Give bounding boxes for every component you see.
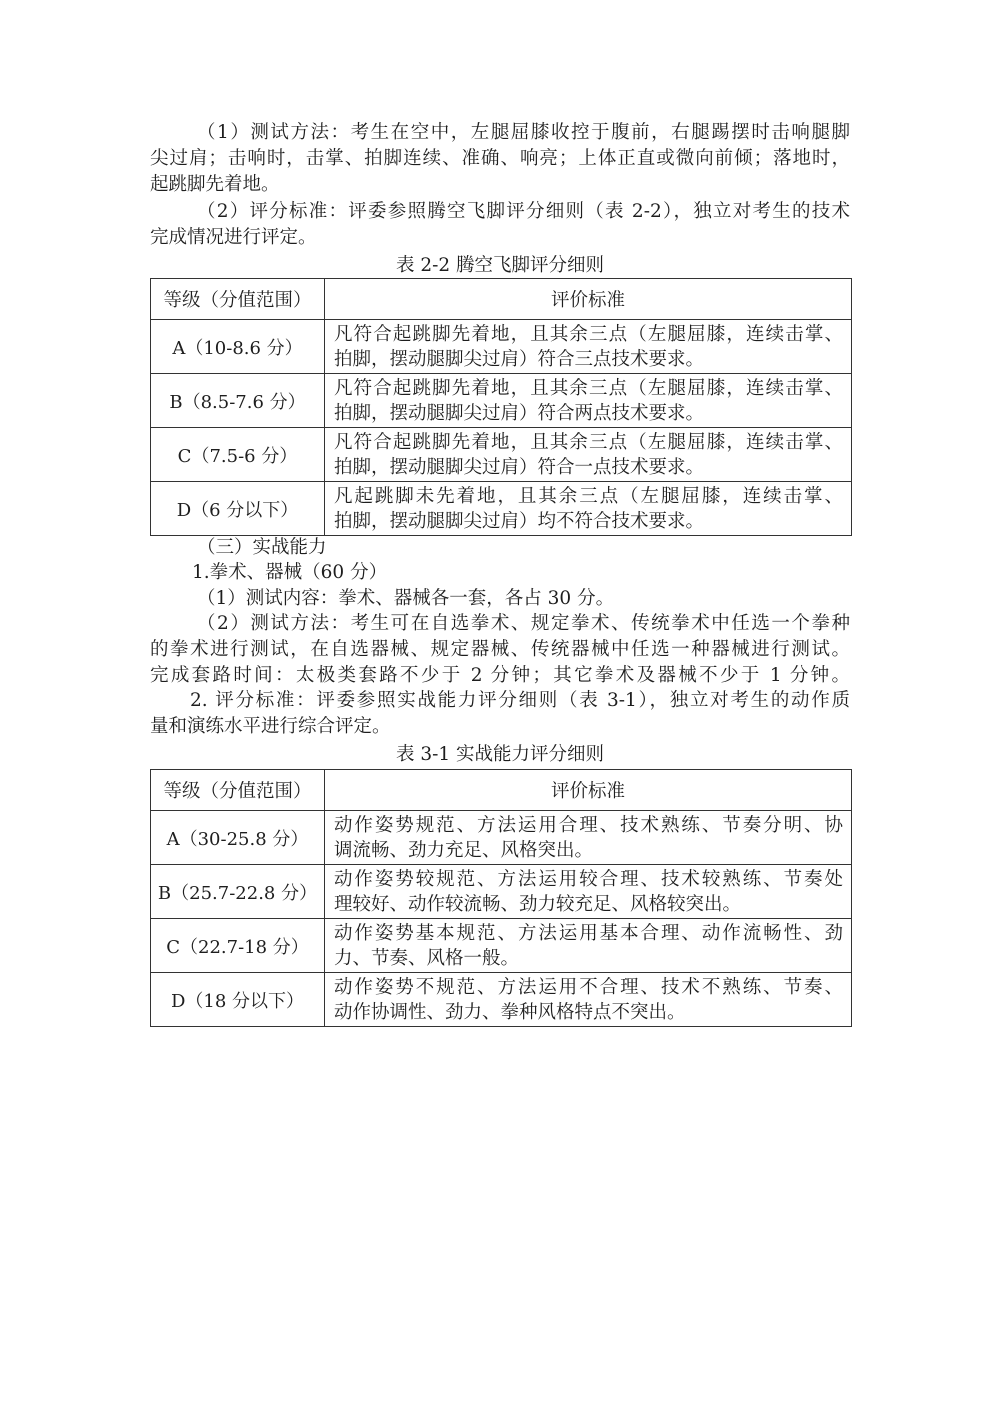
paragraph-scoring2-line-1: 2. 评分标准：评委参照实战能力评分细则（表 3-1），独立对考生的动作质	[190, 688, 850, 714]
table-row: A（10-8.6 分） 凡符合起跳脚先着地，且其余三点（左腿屈膝，连续击掌、 拍…	[151, 320, 852, 374]
criteria-line: 拍脚，摆动腿脚尖过肩）符合两点技术要求。	[334, 401, 843, 426]
grade-cell: B（8.5-7.6 分）	[151, 374, 325, 428]
paragraph-method-line-2: 的拳术进行测试，在自选器械、规定器械、传统器械中任选一种器械进行测试。	[150, 637, 850, 663]
header-grade: 等级（分值范围）	[151, 279, 325, 320]
criteria-line: 拍脚，摆动腿脚尖过肩）符合一点技术要求。	[334, 455, 843, 480]
criteria-line: 动作姿势基本规范、方法运用基本合理、动作流畅性、劲	[334, 921, 843, 946]
criteria-cell: 动作姿势规范、方法运用合理、技术熟练、节奏分明、协 调流畅、劲力充足、风格突出。	[325, 811, 852, 865]
criteria-cell: 动作姿势基本规范、方法运用基本合理、动作流畅性、劲 力、节奏、风格一般。	[325, 919, 852, 973]
paragraph-method-line-3: 完成套路时间：太极类套路不少于 2 分钟；其它拳术及器械不少于 1 分钟。	[150, 663, 850, 689]
grade-cell: D（6 分以下）	[151, 482, 325, 536]
header-criteria: 评价标准	[325, 770, 852, 811]
criteria-cell: 动作姿势较规范、方法运用较合理、技术较熟练、节奏处 理较好、动作较流畅、劲力较充…	[325, 865, 852, 919]
paragraph-test-method-line-1: （1）测试方法：考生在空中，左腿屈膝收控于腹前，右腿踢摆时击响腿脚	[197, 120, 850, 146]
table-row: C（7.5-6 分） 凡符合起跳脚先着地，且其余三点（左腿屈膝，连续击掌、 拍脚…	[151, 428, 852, 482]
header-criteria: 评价标准	[325, 279, 852, 320]
criteria-line: 拍脚，摆动腿脚尖过肩）符合三点技术要求。	[334, 347, 843, 372]
table-3-1-caption: 表 3-1 实战能力评分细则	[150, 742, 850, 768]
sub-heading: 1.拳术、器械（60 分）	[192, 560, 387, 586]
criteria-line: 理较好、动作较流畅、劲力较充足、风格较突出。	[334, 892, 843, 917]
grade-cell: C（7.5-6 分）	[151, 428, 325, 482]
criteria-line: 动作姿势规范、方法运用合理、技术熟练、节奏分明、协	[334, 813, 843, 838]
table-header-row: 等级（分值范围） 评价标准	[151, 770, 852, 811]
table-3-1: 等级（分值范围） 评价标准 A（30-25.8 分） 动作姿势规范、方法运用合理…	[150, 769, 852, 1027]
criteria-line: 凡符合起跳脚先着地，且其余三点（左腿屈膝，连续击掌、	[334, 322, 843, 347]
grade-cell: D（18 分以下）	[151, 973, 325, 1027]
criteria-cell: 凡符合起跳脚先着地，且其余三点（左腿屈膝，连续击掌、 拍脚，摆动腿脚尖过肩）符合…	[325, 320, 852, 374]
criteria-line: 拍脚，摆动腿脚尖过肩）均不符合技术要求。	[334, 509, 843, 534]
criteria-line: 动作姿势较规范、方法运用较合理、技术较熟练、节奏处	[334, 867, 843, 892]
grade-cell: B（25.7-22.8 分）	[151, 865, 325, 919]
criteria-line: 凡符合起跳脚先着地，且其余三点（左腿屈膝，连续击掌、	[334, 376, 843, 401]
criteria-line: 调流畅、劲力充足、风格突出。	[334, 838, 843, 863]
paragraph-method-line-1: （2）测试方法：考生可在自选拳术、规定拳术、传统拳术中任选一个拳种	[197, 611, 850, 637]
paragraph-scoring-line-2: 完成情况进行评定。	[150, 225, 317, 251]
paragraph-scoring-line-1: （2）评分标准：评委参照腾空飞脚评分细则（表 2-2），独立对考生的技术	[197, 199, 850, 225]
table-row: D（18 分以下） 动作姿势不规范、方法运用不合理、技术不熟练、节奏、 动作协调…	[151, 973, 852, 1027]
table-row: B（8.5-7.6 分） 凡符合起跳脚先着地，且其余三点（左腿屈膝，连续击掌、 …	[151, 374, 852, 428]
document-page: （1）测试方法：考生在空中，左腿屈膝收控于腹前，右腿踢摆时击响腿脚 尖过肩；击响…	[0, 0, 1000, 1414]
paragraph-test-method-line-3: 起跳脚先着地。	[150, 172, 280, 198]
paragraph-test-content: （1）测试内容：拳术、器械各一套，各占 30 分。	[197, 586, 614, 612]
table-2-2-caption: 表 2-2 腾空飞脚评分细则	[150, 253, 850, 279]
table-row: A（30-25.8 分） 动作姿势规范、方法运用合理、技术熟练、节奏分明、协 调…	[151, 811, 852, 865]
table-header-row: 等级（分值范围） 评价标准	[151, 279, 852, 320]
section-heading: （三）实战能力	[197, 535, 327, 561]
table-row: C（22.7-18 分） 动作姿势基本规范、方法运用基本合理、动作流畅性、劲 力…	[151, 919, 852, 973]
table-row: B（25.7-22.8 分） 动作姿势较规范、方法运用较合理、技术较熟练、节奏处…	[151, 865, 852, 919]
table-row: D（6 分以下） 凡起跳脚未先着地，且其余三点（左腿屈膝，连续击掌、 拍脚，摆动…	[151, 482, 852, 536]
header-grade: 等级（分值范围）	[151, 770, 325, 811]
paragraph-scoring2-line-2: 量和演练水平进行综合评定。	[150, 714, 391, 740]
table-2-2: 等级（分值范围） 评价标准 A（10-8.6 分） 凡符合起跳脚先着地，且其余三…	[150, 278, 852, 536]
grade-cell: A（30-25.8 分）	[151, 811, 325, 865]
criteria-cell: 动作姿势不规范、方法运用不合理、技术不熟练、节奏、 动作协调性、劲力、拳种风格特…	[325, 973, 852, 1027]
criteria-line: 凡符合起跳脚先着地，且其余三点（左腿屈膝，连续击掌、	[334, 430, 843, 455]
paragraph-test-method-line-2: 尖过肩；击响时，击掌、拍脚连续、准确、响亮；上体正直或微向前倾；落地时，	[150, 146, 850, 172]
criteria-line: 动作姿势不规范、方法运用不合理、技术不熟练、节奏、	[334, 975, 843, 1000]
criteria-line: 力、节奏、风格一般。	[334, 946, 843, 971]
criteria-line: 动作协调性、劲力、拳种风格特点不突出。	[334, 1000, 843, 1025]
grade-cell: C（22.7-18 分）	[151, 919, 325, 973]
criteria-cell: 凡符合起跳脚先着地，且其余三点（左腿屈膝，连续击掌、 拍脚，摆动腿脚尖过肩）符合…	[325, 428, 852, 482]
criteria-line: 凡起跳脚未先着地，且其余三点（左腿屈膝，连续击掌、	[334, 484, 843, 509]
grade-cell: A（10-8.6 分）	[151, 320, 325, 374]
criteria-cell: 凡起跳脚未先着地，且其余三点（左腿屈膝，连续击掌、 拍脚，摆动腿脚尖过肩）均不符…	[325, 482, 852, 536]
criteria-cell: 凡符合起跳脚先着地，且其余三点（左腿屈膝，连续击掌、 拍脚，摆动腿脚尖过肩）符合…	[325, 374, 852, 428]
